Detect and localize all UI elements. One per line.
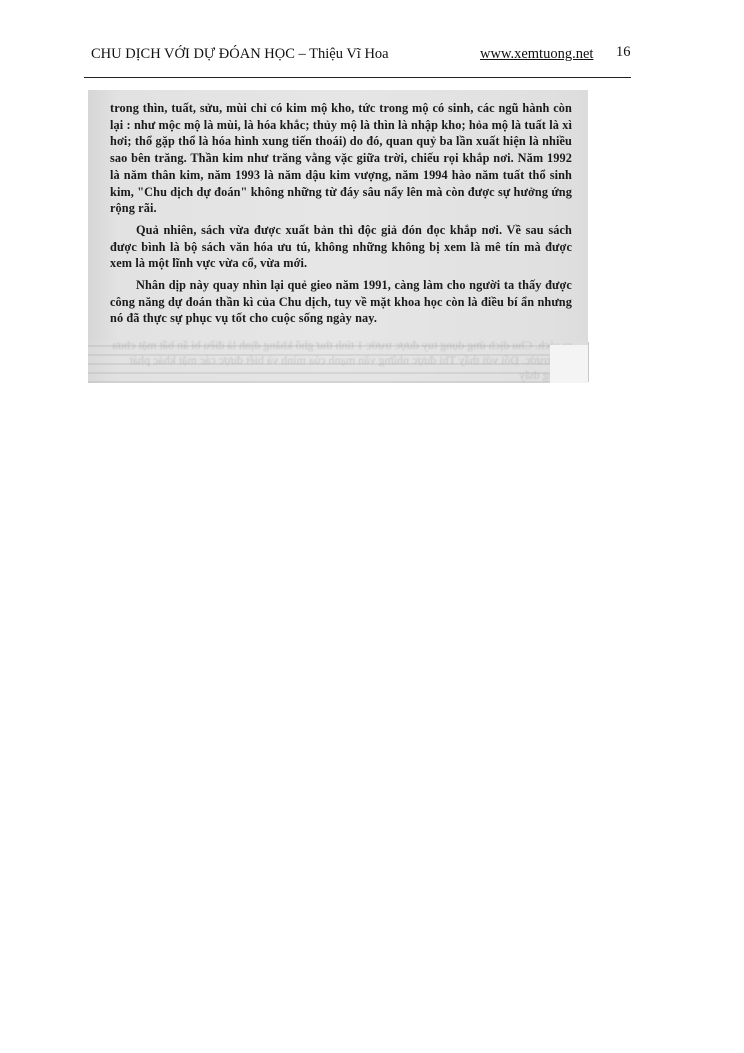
page-number: 16 <box>616 44 631 61</box>
document-title: CHU DỊCH VỚI DỰ ĐÓAN HỌC – Thiệu Vĩ Hoa <box>91 46 389 63</box>
paragraph-1: trong thìn, tuất, sửu, mùi chỉ có kim mộ… <box>110 100 572 217</box>
paragraph-3: Nhân dịp này quay nhìn lại quẻ gieo năm … <box>110 277 572 327</box>
scanned-page-image: ra sách. Chu dịch ứng dụng tuy được trướ… <box>88 90 588 383</box>
scan-noise <box>88 340 588 383</box>
scanned-text-body: trong thìn, tuất, sửu, mùi chỉ có kim mộ… <box>110 100 572 332</box>
scan-blank-corner <box>550 345 588 383</box>
website-link[interactable]: www.xemtuong.net <box>480 46 593 63</box>
header-divider <box>84 77 631 78</box>
paragraph-2: Quả nhiên, sách vừa được xuất bản thì độ… <box>110 222 572 272</box>
scan-edge-line <box>588 342 589 382</box>
page-header: CHU DỊCH VỚI DỰ ĐÓAN HỌC – Thiệu Vĩ Hoa … <box>88 44 632 68</box>
